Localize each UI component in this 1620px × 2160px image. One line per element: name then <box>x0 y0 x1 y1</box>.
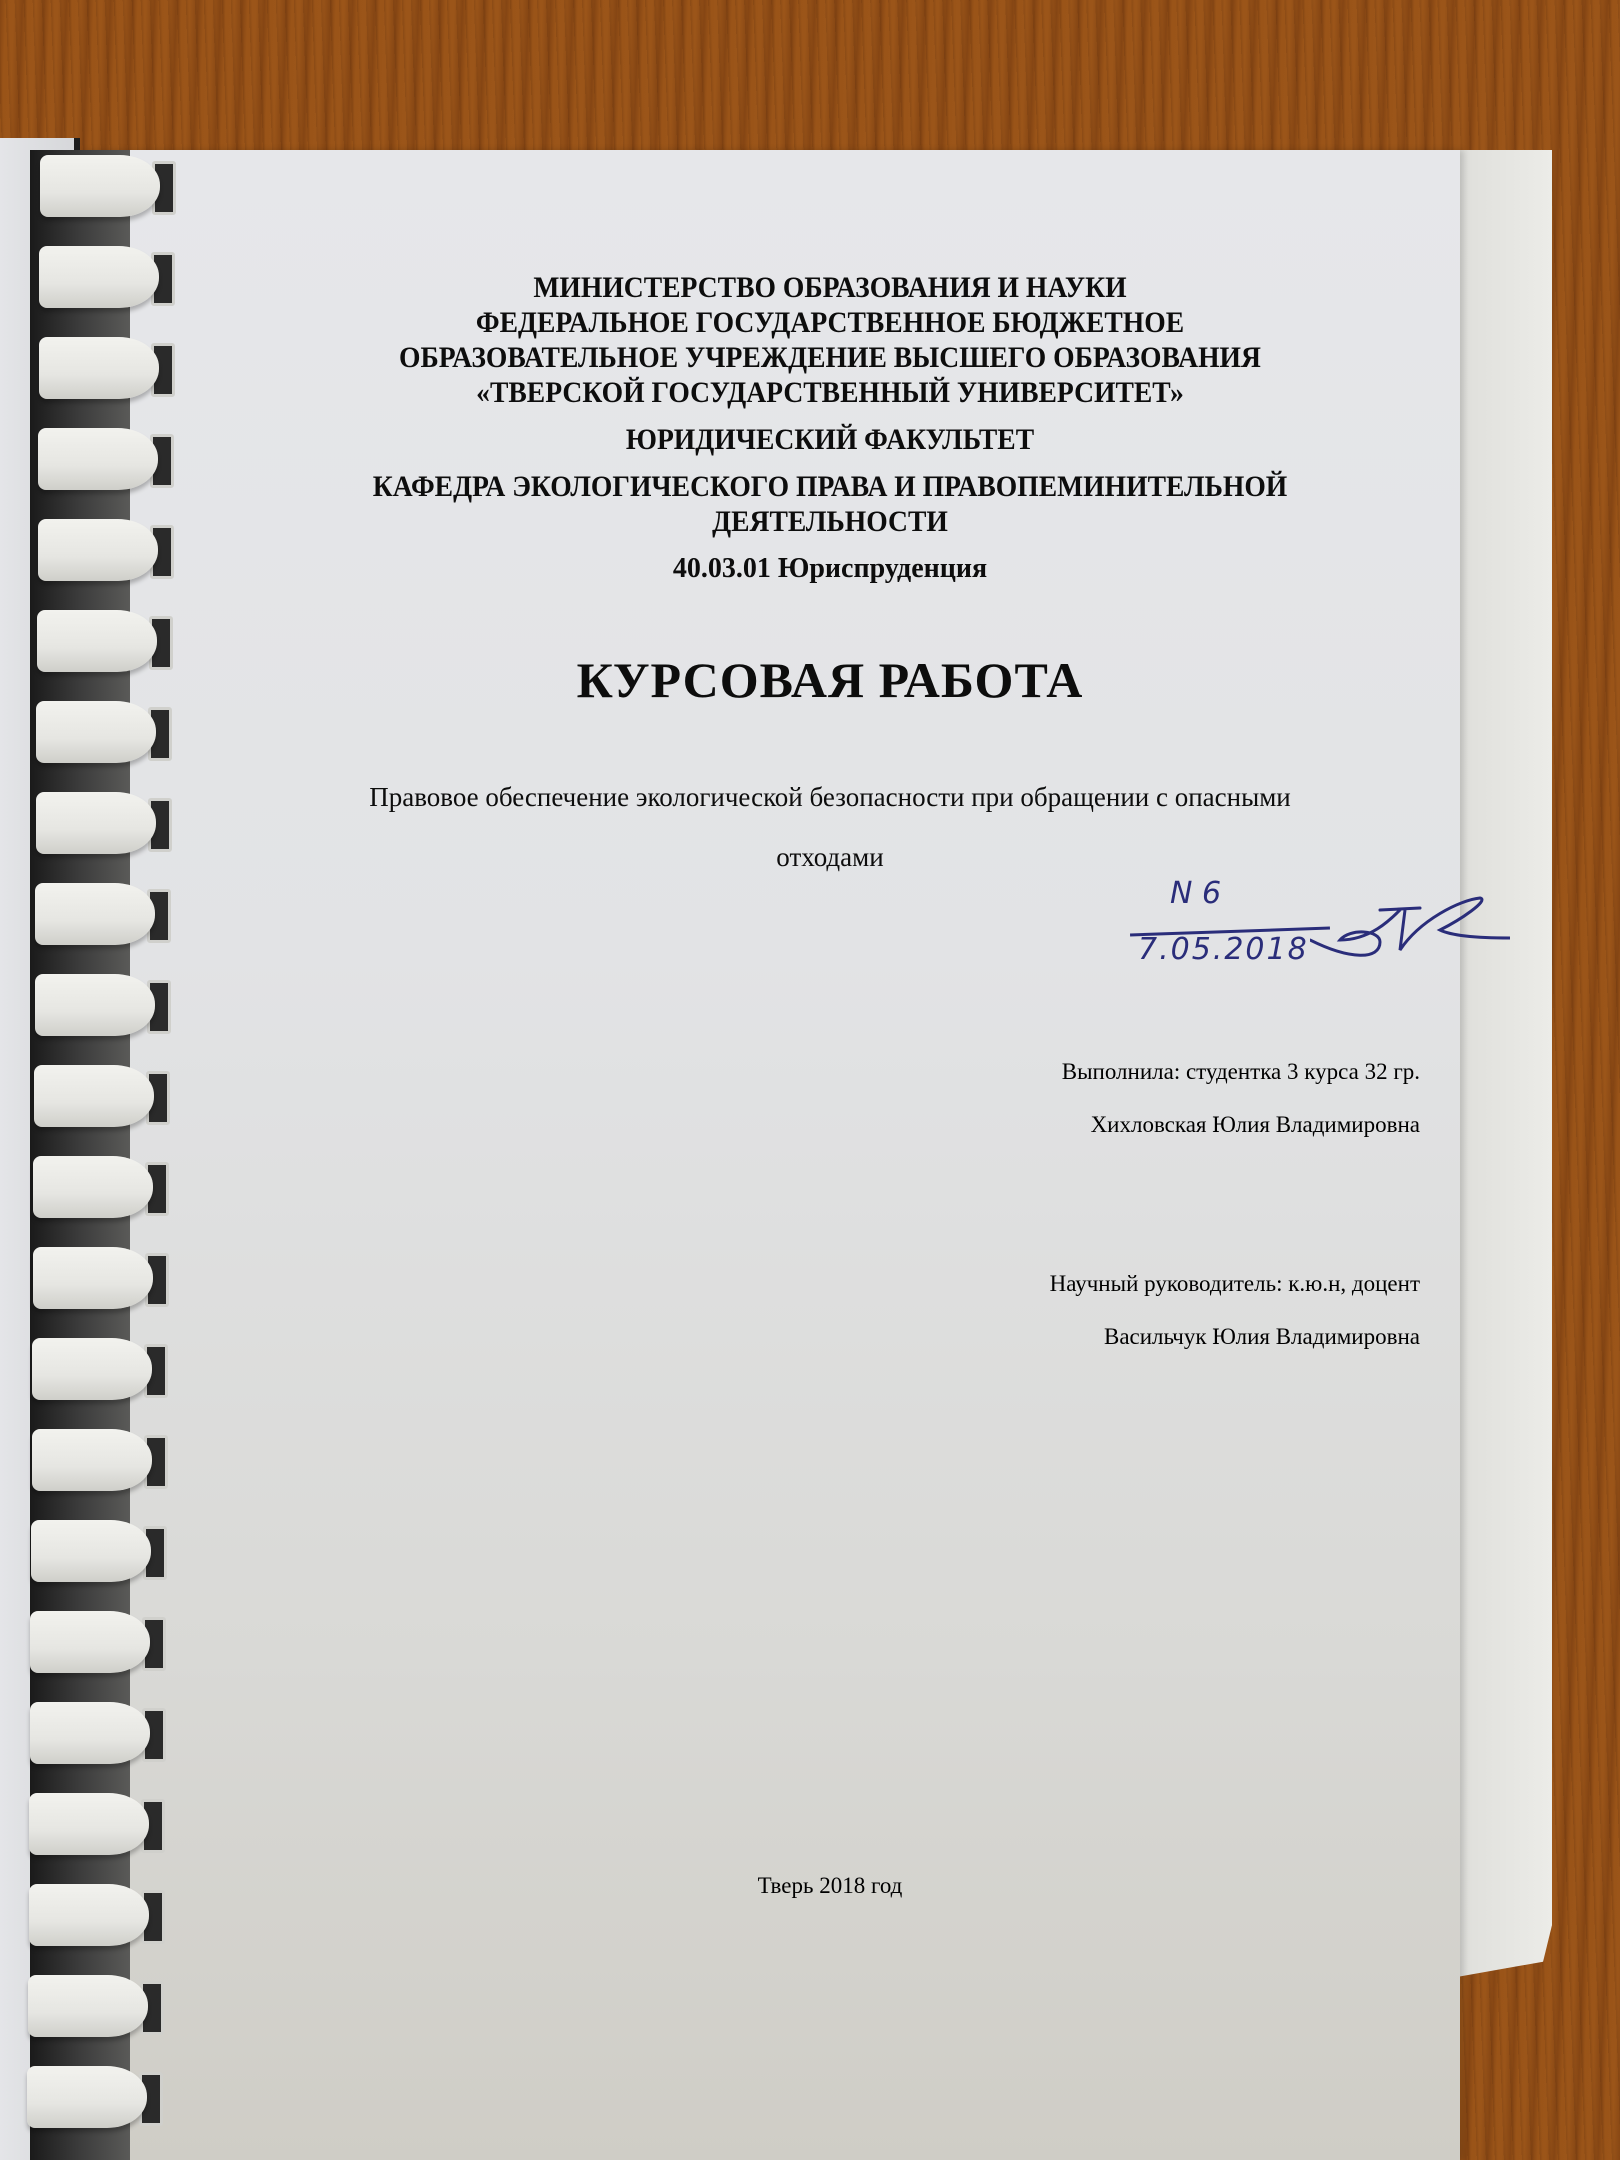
signature-icon <box>1310 880 1510 970</box>
binding-ring <box>33 1247 153 1309</box>
binding-ring <box>30 1611 150 1673</box>
supervisor-label: Научный руководитель: к.ю.н, доцент <box>230 1257 1420 1310</box>
binding-ring <box>31 1520 151 1582</box>
header-line-federal: ФЕДЕРАЛЬНОЕ ГОСУДАРСТВЕННОЕ БЮДЖЕТНОЕ <box>278 305 1382 340</box>
handwritten-registration-note: N 6 7.05.2018 <box>1130 870 1510 990</box>
handwritten-date: 7.05.2018 <box>1138 932 1309 967</box>
binding-ring <box>29 1793 149 1855</box>
binding-ring <box>37 610 157 672</box>
handwritten-number: N 6 <box>1170 876 1221 911</box>
binding-ring <box>27 2066 147 2128</box>
binding-ring <box>32 1429 152 1491</box>
binding-ring <box>30 1702 150 1764</box>
header-line-ministry: МИНИСТЕРСТВО ОБРАЗОВАНИЯ И НАУКИ <box>278 270 1382 305</box>
binding-ring <box>40 155 160 217</box>
binding-ring <box>38 519 158 581</box>
work-topic: Правовое обеспечение экологической безоп… <box>230 767 1430 887</box>
binding-ring <box>32 1338 152 1400</box>
header-line-university: «ТВЕРСКОЙ ГОСУДАРСТВЕННЫЙ УНИВЕРСИТЕТ» <box>278 375 1382 410</box>
header-line-institution: ОБРАЗОВАТЕЛЬНОЕ УЧРЕЖДЕНИЕ ВЫСШЕГО ОБРАЗ… <box>278 340 1382 375</box>
binding-ring <box>35 883 155 945</box>
binding-ring <box>34 1065 154 1127</box>
work-type-title: КУРСОВАЯ РАБОТА <box>230 651 1430 709</box>
city-year: Тверь 2018 год <box>230 1873 1430 1899</box>
binding-ring <box>36 792 156 854</box>
specialty-code: 40.03.01 Юриспруденция <box>230 553 1430 585</box>
binding-ring <box>38 428 158 490</box>
binding-ring <box>29 1884 149 1946</box>
binding-ring <box>33 1156 153 1218</box>
supervisor-name: Васильчук Юлия Владимировна <box>230 1310 1420 1363</box>
author-block: Выполнила: студентка 3 курса 32 гр. Хихл… <box>230 1045 1420 1363</box>
binding-ring <box>36 701 156 763</box>
department-name-line2: ДЕЯТЕЛЬНОСТИ <box>278 504 1382 539</box>
faculty-name: ЮРИДИЧЕСКИЙ ФАКУЛЬТЕТ <box>278 422 1382 457</box>
binding-ring <box>39 337 159 399</box>
binding-ring <box>35 974 155 1036</box>
author-label: Выполнила: студентка 3 курса 32 гр. <box>230 1045 1420 1098</box>
title-page-content: МИНИСТЕРСТВО ОБРАЗОВАНИЯ И НАУКИ ФЕДЕРАЛ… <box>230 270 1430 887</box>
topic-line-1: Правовое обеспечение экологической безоп… <box>230 767 1430 827</box>
binding-ring <box>39 246 159 308</box>
author-name: Хихловская Юлия Владимировна <box>230 1098 1420 1151</box>
department-name-line1: КАФЕДРА ЭКОЛОГИЧЕСКОГО ПРАВА И ПРАВОПЕМИ… <box>278 469 1382 504</box>
binding-ring <box>28 1975 148 2037</box>
